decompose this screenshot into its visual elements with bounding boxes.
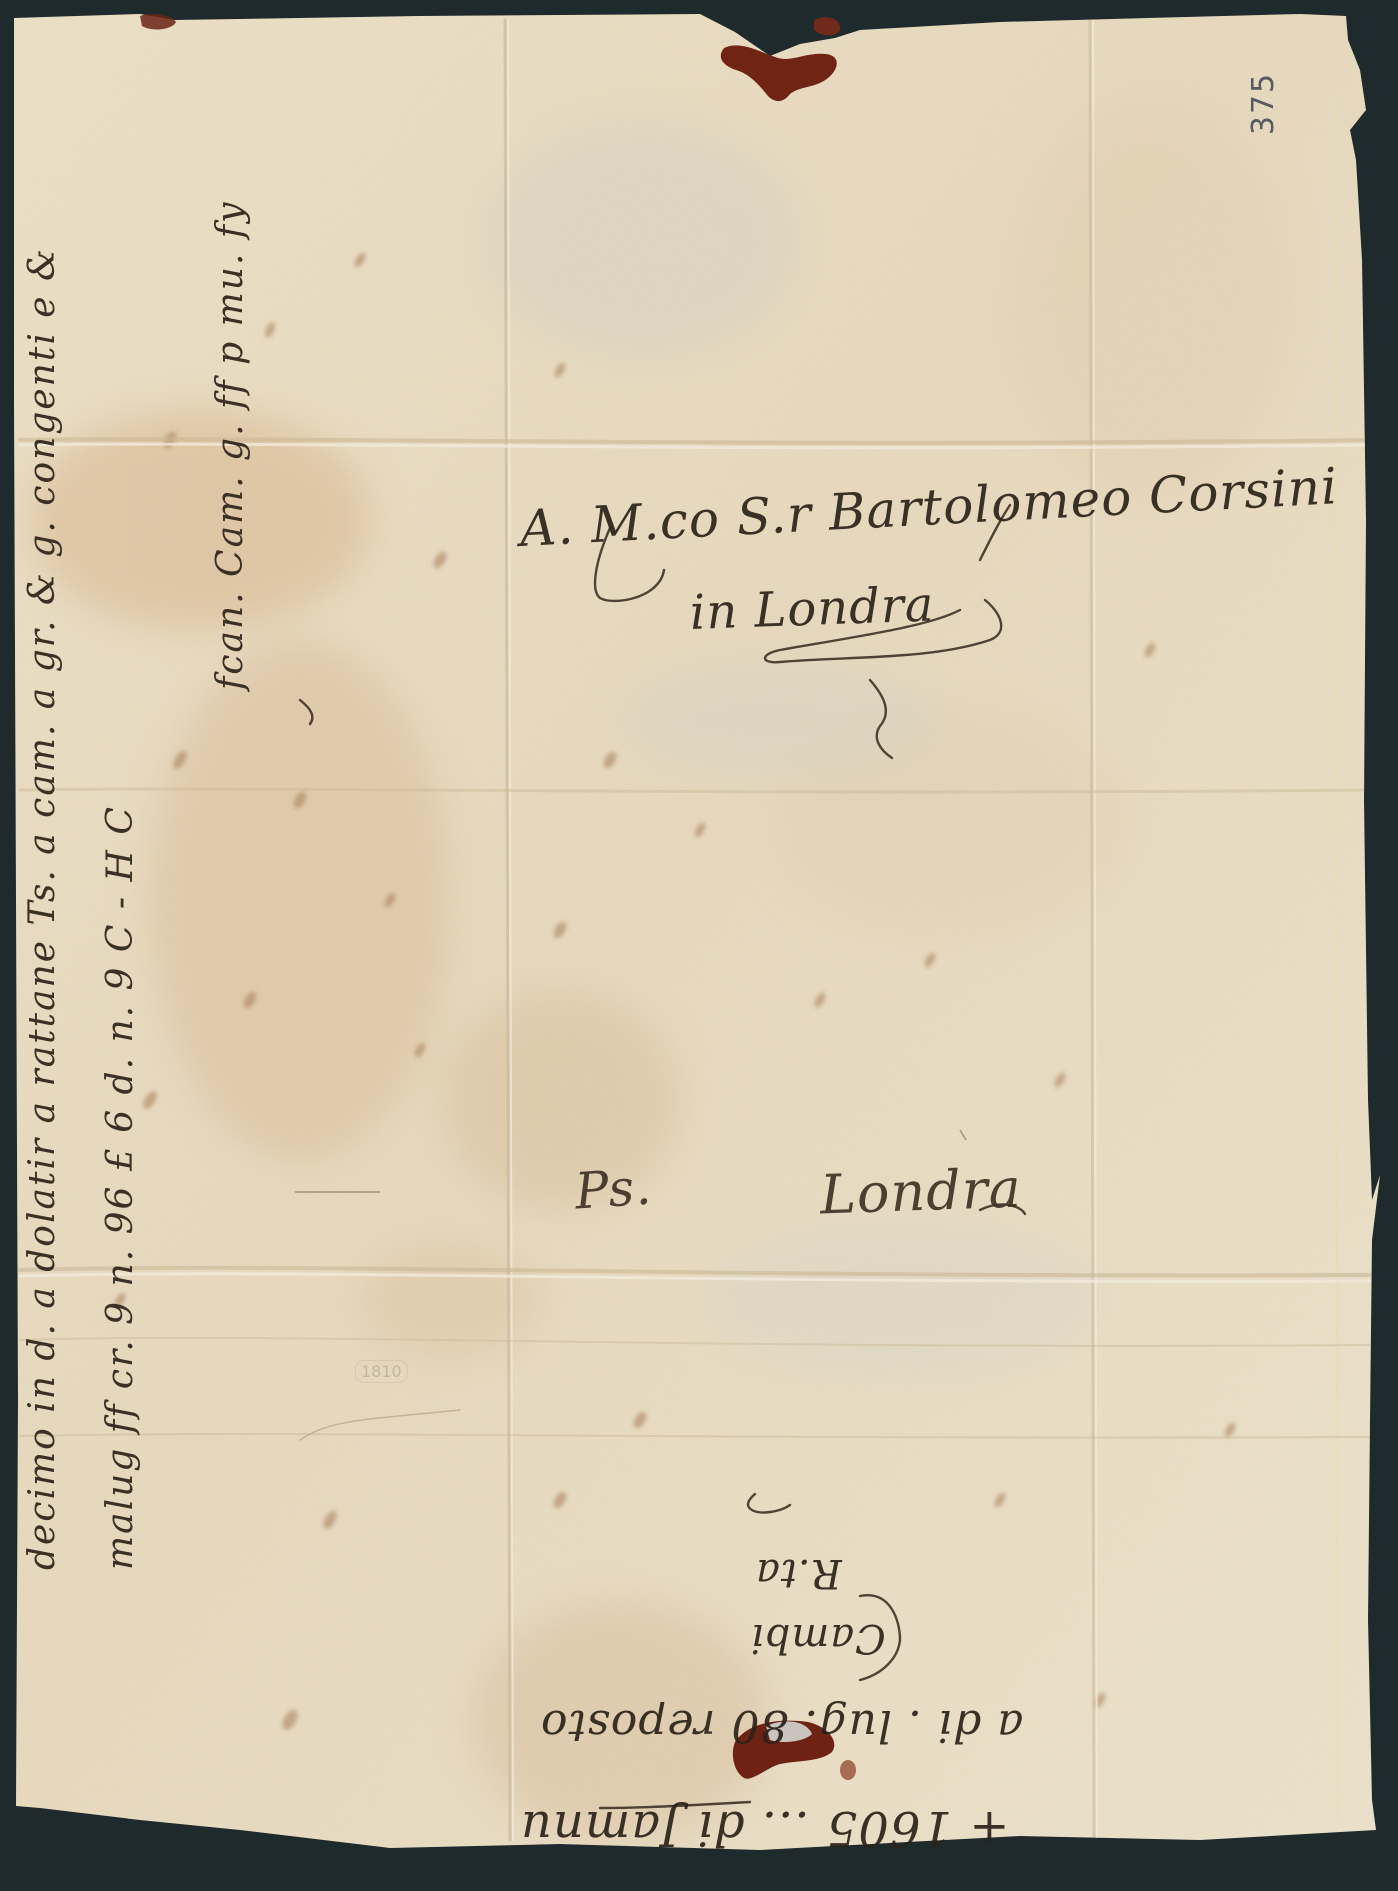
- docket-note-year: + 1605 ... di Jamnu: [520, 1800, 1009, 1856]
- margin-note-line-2: malug ff cr. 9 n. 96 £ 6 d. n. 9 C - H C: [100, 805, 141, 1570]
- document-scan: A. M.co S.r Bartolomeo Corsini in Londra…: [0, 0, 1398, 1891]
- postal-mark-right: Londra: [819, 1156, 1023, 1226]
- folio-number: 375: [1246, 72, 1281, 135]
- margin-note-line-1: decimo in d. a dolatir a rattane Ts. a c…: [22, 247, 63, 1570]
- docket-note-rta: R.ta: [755, 1550, 842, 1596]
- docket-note-cambi: Cambi: [750, 1615, 886, 1661]
- margin-note-line-3: fcan. Cam. g. ff p mu. fy: [210, 201, 251, 690]
- docket-note-date: a di . lug. 80 reposto: [540, 1700, 1023, 1751]
- embossed-stamp: 1810: [355, 1360, 408, 1383]
- address-city: in Londra: [689, 576, 935, 640]
- postal-mark-left: Ps.: [573, 1157, 654, 1220]
